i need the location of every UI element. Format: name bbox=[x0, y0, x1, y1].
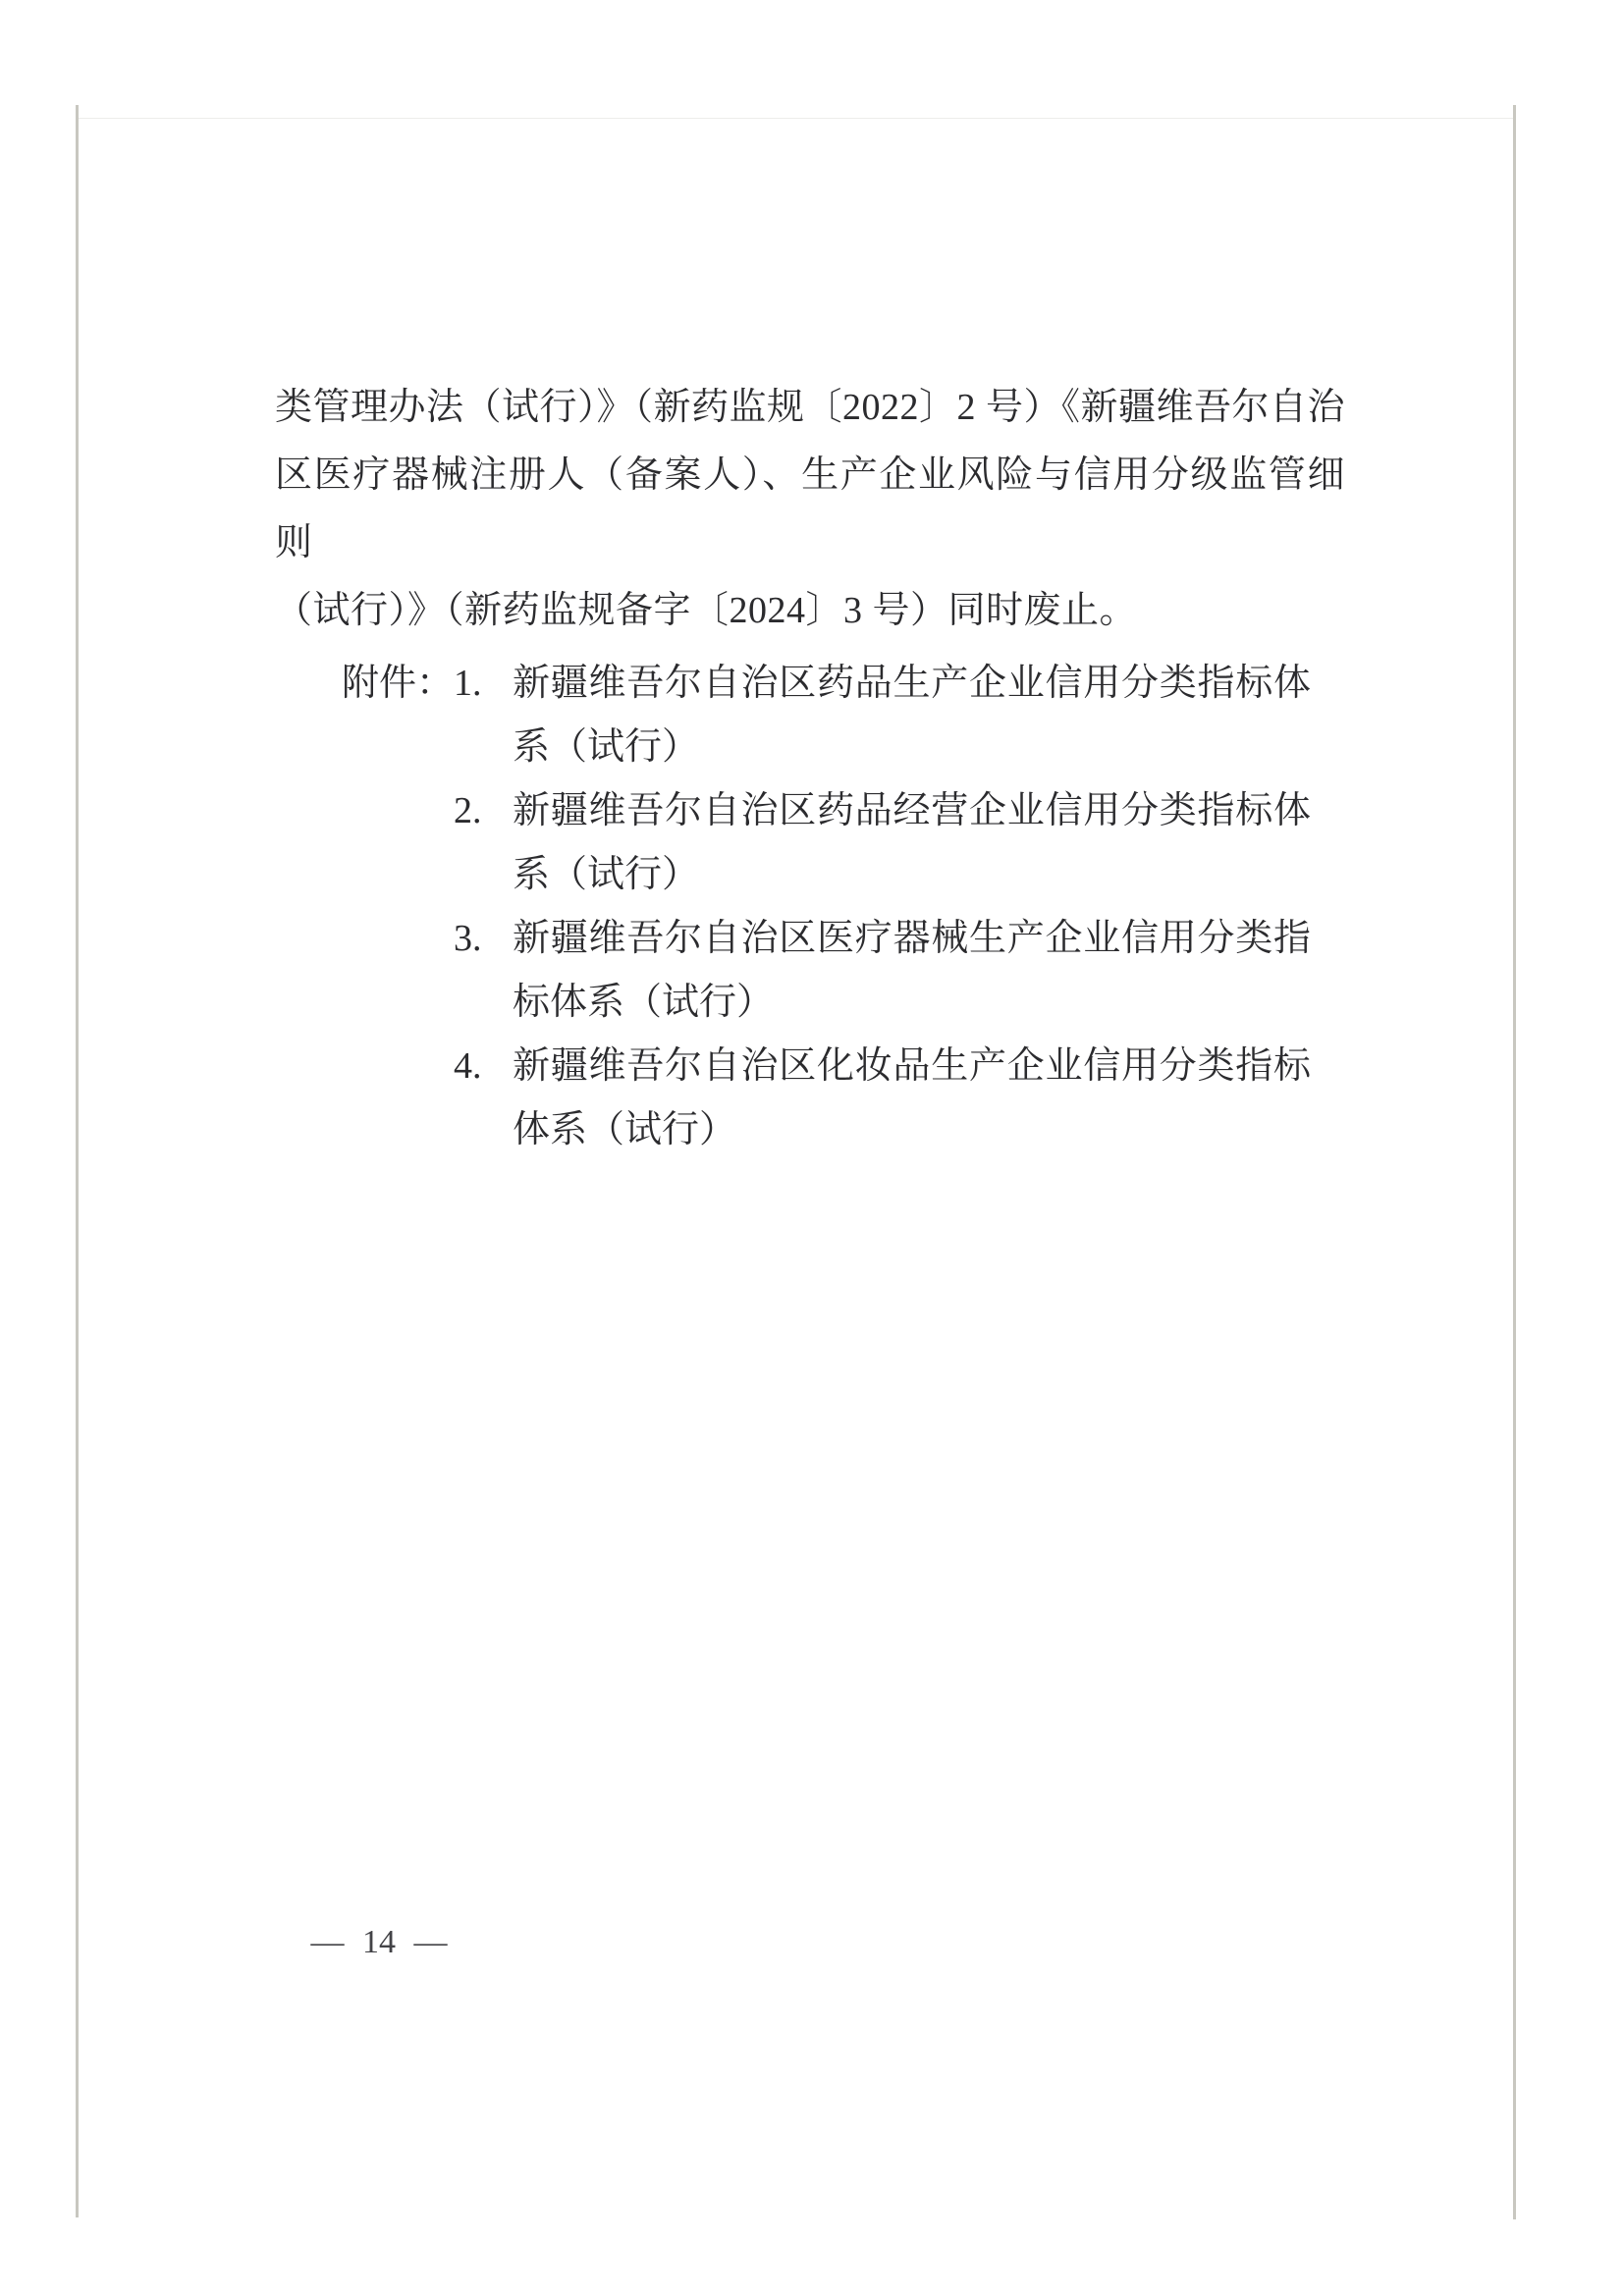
attachment-item-2-text-line-1: 新疆维吾尔自治区药品经营企业信用分类指标体 bbox=[513, 779, 1311, 843]
attachment-item-4-text-line-2: 体系（试行） bbox=[513, 1098, 1311, 1162]
attachment-item-2-number: 2. bbox=[454, 779, 513, 843]
attachments-section: 附件： 1. 新疆维吾尔自治区药品生产企业信用分类指标体 系（试行） 2. 新疆… bbox=[342, 652, 1311, 1162]
attachment-item-1-text-line-2: 系（试行） bbox=[513, 716, 1311, 779]
attachment-item-3-number: 3. bbox=[454, 907, 513, 971]
attachment-item-4: 4. 新疆维吾尔自治区化妆品生产企业信用分类指标 体系（试行） bbox=[454, 1035, 1311, 1162]
attachment-item-3-text-line-2: 标体系（试行） bbox=[513, 971, 1311, 1035]
attachments-list: 1. 新疆维吾尔自治区药品生产企业信用分类指标体 系（试行） 2. 新疆维吾尔自… bbox=[454, 652, 1311, 1162]
attachment-item-2: 2. 新疆维吾尔自治区药品经营企业信用分类指标体 系（试行） bbox=[454, 779, 1311, 907]
attachment-item-1-number: 1. bbox=[454, 652, 513, 716]
attachment-item-2-text-line-2: 系（试行） bbox=[513, 843, 1311, 907]
page-number: — 14 — bbox=[281, 1924, 477, 1961]
paragraph-line-2: 区医疗器械注册人（备案人）、生产企业风险与信用分级监管细则 bbox=[275, 442, 1345, 577]
attachment-item-1: 1. 新疆维吾尔自治区药品生产企业信用分类指标体 系（试行） bbox=[454, 652, 1311, 779]
document-canvas: 类管理办法（试行）》（新药监规〔2022〕2 号）《新疆维吾尔自治 区医疗器械注… bbox=[0, 0, 1623, 2296]
body-paragraph: 类管理办法（试行）》（新药监规〔2022〕2 号）《新疆维吾尔自治 区医疗器械注… bbox=[275, 374, 1345, 645]
page-edge-left-divider bbox=[76, 105, 79, 2217]
page-edge-right-divider bbox=[1513, 105, 1516, 2219]
paragraph-line-3: （试行）》（新药监规备字〔2024〕3 号）同时废止。 bbox=[275, 577, 1345, 645]
attachment-item-1-text-line-1: 新疆维吾尔自治区药品生产企业信用分类指标体 bbox=[513, 652, 1311, 716]
page-edge-top-divider bbox=[79, 118, 1513, 119]
attachments-label: 附件： bbox=[342, 652, 454, 716]
attachment-item-3: 3. 新疆维吾尔自治区医疗器械生产企业信用分类指 标体系（试行） bbox=[454, 907, 1311, 1035]
attachment-item-4-number: 4. bbox=[454, 1035, 513, 1098]
attachment-item-3-text-line-1: 新疆维吾尔自治区医疗器械生产企业信用分类指 bbox=[513, 907, 1311, 971]
paragraph-line-1: 类管理办法（试行）》（新药监规〔2022〕2 号）《新疆维吾尔自治 bbox=[275, 374, 1345, 442]
attachment-item-4-text-line-1: 新疆维吾尔自治区化妆品生产企业信用分类指标 bbox=[513, 1035, 1311, 1098]
